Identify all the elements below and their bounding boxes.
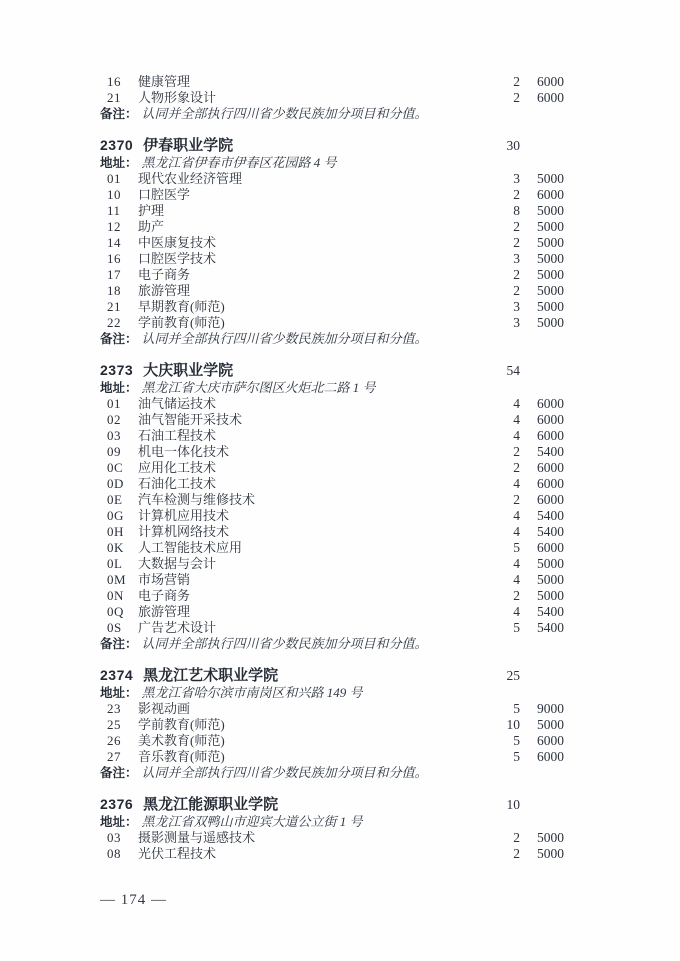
major-code: 0L — [100, 556, 129, 572]
major-name: 汽车检测与维修技术 — [138, 492, 490, 508]
major-row: 0C 应用化工技术 2 6000 — [100, 460, 564, 476]
address-text: 黑龙江省大庆市萨尔图区火炬北二路 1 号 — [142, 380, 376, 395]
major-name: 口腔医学技术 — [138, 251, 490, 267]
major-count: 5 — [490, 701, 520, 717]
major-row: 16 健康管理 2 6000 — [100, 74, 564, 90]
major-name: 人工智能技术应用 — [138, 540, 490, 556]
major-fee: 6000 — [520, 187, 564, 203]
major-count: 5 — [490, 620, 520, 636]
college-section: 2373 大庆职业学院 54 地址：黑龙江省大庆市萨尔图区火炬北二路 1 号 0… — [100, 361, 564, 652]
major-count: 4 — [490, 524, 520, 540]
major-name: 大数据与会计 — [138, 556, 490, 572]
major-code: 16 — [100, 251, 129, 267]
major-name: 护理 — [138, 203, 490, 219]
major-code: 0Q — [100, 604, 129, 620]
major-code: 0M — [100, 572, 129, 588]
major-row: 17 电子商务 2 5000 — [100, 267, 564, 283]
major-fee: 5000 — [520, 315, 564, 331]
section-remark: 备注：认同并全部执行四川省少数民族加分项目和分值。 — [100, 636, 564, 652]
remark-text: 认同并全部执行四川省少数民族加分项目和分值。 — [142, 636, 428, 651]
major-row: 18 旅游管理 2 5000 — [100, 283, 564, 299]
major-fee: 5000 — [520, 299, 564, 315]
major-code: 0E — [100, 492, 129, 508]
major-code: 26 — [100, 733, 129, 749]
major-count: 2 — [490, 187, 520, 203]
major-count: 4 — [490, 476, 520, 492]
major-row: 22 学前教育(师范) 3 5000 — [100, 315, 564, 331]
major-code: 0N — [100, 588, 129, 604]
major-name: 石油化工技术 — [138, 476, 490, 492]
major-count: 2 — [490, 460, 520, 476]
section-remark: 备注：认同并全部执行四川省少数民族加分项目和分值。 — [100, 106, 564, 122]
major-name: 摄影测量与遥感技术 — [138, 830, 490, 846]
major-code: 21 — [100, 299, 129, 315]
major-row: 02 油气智能开采技术 4 6000 — [100, 412, 564, 428]
major-code: 03 — [100, 428, 129, 444]
major-row: 27 音乐教育(师范) 5 6000 — [100, 749, 564, 765]
major-name: 学前教育(师范) — [138, 315, 490, 331]
section-code: 2376 — [100, 795, 133, 814]
major-fee: 6000 — [520, 396, 564, 412]
major-fee: 5400 — [520, 508, 564, 524]
major-fee: 6000 — [520, 412, 564, 428]
section-remark: 备注：认同并全部执行四川省少数民族加分项目和分值。 — [100, 765, 564, 781]
section-remark: 备注：认同并全部执行四川省少数民族加分项目和分值。 — [100, 331, 564, 347]
major-row: 03 石油工程技术 4 6000 — [100, 428, 564, 444]
section-quota: 54 — [486, 361, 520, 380]
major-fee: 5000 — [520, 171, 564, 187]
major-fee: 6000 — [520, 74, 564, 90]
section-name: 黑龙江能源职业学院 — [143, 795, 278, 814]
major-count: 2 — [490, 74, 520, 90]
major-name: 早期教育(师范) — [138, 299, 490, 315]
major-name: 旅游管理 — [138, 283, 490, 299]
remark-label: 备注： — [100, 766, 138, 780]
major-fee: 9000 — [520, 701, 564, 717]
major-code: 16 — [100, 74, 129, 90]
section-header: 2370 伊春职业学院 30 — [100, 136, 564, 155]
major-count: 3 — [490, 299, 520, 315]
major-count: 2 — [490, 283, 520, 299]
major-code: 22 — [100, 315, 129, 331]
major-fee: 5400 — [520, 620, 564, 636]
major-name: 音乐教育(师范) — [138, 749, 490, 765]
major-code: 17 — [100, 267, 129, 283]
major-row: 21 早期教育(师范) 3 5000 — [100, 299, 564, 315]
major-code: 0C — [100, 460, 129, 476]
major-row: 0G 计算机应用技术 4 5400 — [100, 508, 564, 524]
major-count: 2 — [490, 90, 520, 106]
major-row: 26 美术教育(师范) 5 6000 — [100, 733, 564, 749]
major-row: 25 学前教育(师范) 10 5000 — [100, 717, 564, 733]
major-fee: 5000 — [520, 203, 564, 219]
major-row: 01 现代农业经济管理 3 5000 — [100, 171, 564, 187]
major-code: 21 — [100, 90, 129, 106]
section-rows: 01 油气储运技术 4 6000 02 油气智能开采技术 4 6000 03 石… — [100, 396, 564, 636]
section-name: 黑龙江艺术职业学院 — [143, 666, 278, 685]
major-row: 0L 大数据与会计 4 5000 — [100, 556, 564, 572]
major-fee: 5000 — [520, 283, 564, 299]
major-name: 助产 — [138, 219, 490, 235]
section-rows: 03 摄影测量与遥感技术 2 5000 08 光伏工程技术 2 5000 — [100, 830, 564, 862]
major-code: 18 — [100, 283, 129, 299]
section-code: 2373 — [100, 361, 133, 380]
major-fee: 5000 — [520, 830, 564, 846]
major-count: 2 — [490, 830, 520, 846]
major-name: 机电一体化技术 — [138, 444, 490, 460]
major-fee: 5000 — [520, 251, 564, 267]
major-row: 0M 市场营销 4 5000 — [100, 572, 564, 588]
major-code: 01 — [100, 396, 129, 412]
major-fee: 6000 — [520, 733, 564, 749]
section-header: 2373 大庆职业学院 54 — [100, 361, 564, 380]
remark-text: 认同并全部执行四川省少数民族加分项目和分值。 — [142, 765, 428, 780]
section-address: 地址：黑龙江省双鸭山市迎宾大道公立街 1 号 — [100, 814, 564, 830]
section-name: 大庆职业学院 — [143, 361, 233, 380]
major-row: 0E 汽车检测与维修技术 2 6000 — [100, 492, 564, 508]
major-fee: 6000 — [520, 540, 564, 556]
major-fee: 5400 — [520, 604, 564, 620]
major-count: 2 — [490, 846, 520, 862]
major-code: 25 — [100, 717, 129, 733]
address-label: 地址： — [100, 381, 138, 395]
section-rows: 16 健康管理 2 6000 21 人物形象设计 2 6000 — [100, 74, 564, 106]
major-fee: 5000 — [520, 556, 564, 572]
major-row: 0D 石油化工技术 4 6000 — [100, 476, 564, 492]
major-count: 5 — [490, 733, 520, 749]
major-name: 人物形象设计 — [138, 90, 490, 106]
major-name: 光伏工程技术 — [138, 846, 490, 862]
major-name: 应用化工技术 — [138, 460, 490, 476]
major-fee: 6000 — [520, 428, 564, 444]
major-code: 10 — [100, 187, 129, 203]
major-row: 10 口腔医学 2 6000 — [100, 187, 564, 203]
major-fee: 6000 — [520, 492, 564, 508]
major-fee: 5000 — [520, 267, 564, 283]
major-count: 2 — [490, 219, 520, 235]
major-code: 03 — [100, 830, 129, 846]
major-row: 12 助产 2 5000 — [100, 219, 564, 235]
remark-label: 备注： — [100, 332, 138, 346]
address-label: 地址： — [100, 686, 138, 700]
major-count: 2 — [490, 235, 520, 251]
page-number: — 174 — — [100, 892, 167, 909]
major-code: 0H — [100, 524, 129, 540]
major-row: 16 口腔医学技术 3 5000 — [100, 251, 564, 267]
major-name: 油气储运技术 — [138, 396, 490, 412]
address-label: 地址： — [100, 156, 138, 170]
major-code: 0D — [100, 476, 129, 492]
major-count: 2 — [490, 444, 520, 460]
major-fee: 5400 — [520, 524, 564, 540]
major-count: 4 — [490, 428, 520, 444]
major-code: 09 — [100, 444, 129, 460]
major-name: 油气智能开采技术 — [138, 412, 490, 428]
major-count: 4 — [490, 412, 520, 428]
major-count: 2 — [490, 492, 520, 508]
major-fee: 5400 — [520, 444, 564, 460]
major-name: 现代农业经济管理 — [138, 171, 490, 187]
major-count: 4 — [490, 572, 520, 588]
major-code: 12 — [100, 219, 129, 235]
remark-label: 备注： — [100, 107, 138, 121]
major-count: 2 — [490, 267, 520, 283]
section-address: 地址：黑龙江省伊春市伊春区花园路 4 号 — [100, 155, 564, 171]
major-row: 03 摄影测量与遥感技术 2 5000 — [100, 830, 564, 846]
major-code: 11 — [100, 203, 129, 219]
major-row: 0S 广告艺术设计 5 5400 — [100, 620, 564, 636]
major-code: 14 — [100, 235, 129, 251]
major-name: 影视动画 — [138, 701, 490, 717]
section-rows: 01 现代农业经济管理 3 5000 10 口腔医学 2 6000 11 护理 … — [100, 171, 564, 331]
college-section: 2370 伊春职业学院 30 地址：黑龙江省伊春市伊春区花园路 4 号 01 现… — [100, 136, 564, 347]
major-fee: 5000 — [520, 219, 564, 235]
major-name: 计算机应用技术 — [138, 508, 490, 524]
document-page: 16 健康管理 2 6000 21 人物形象设计 2 6000 备注：认同并全部… — [0, 0, 680, 961]
major-count: 4 — [490, 508, 520, 524]
address-text: 黑龙江省哈尔滨市南岗区和兴路 149 号 — [142, 685, 363, 700]
college-section: 16 健康管理 2 6000 21 人物形象设计 2 6000 备注：认同并全部… — [100, 74, 564, 122]
major-fee: 6000 — [520, 476, 564, 492]
section-name: 伊春职业学院 — [143, 136, 233, 155]
major-code: 01 — [100, 171, 129, 187]
section-address: 地址：黑龙江省哈尔滨市南岗区和兴路 149 号 — [100, 685, 564, 701]
major-row: 0Q 旅游管理 4 5400 — [100, 604, 564, 620]
major-count: 2 — [490, 588, 520, 604]
section-quota: 30 — [486, 136, 520, 155]
major-count: 10 — [490, 717, 520, 733]
major-fee: 5000 — [520, 717, 564, 733]
major-count: 4 — [490, 556, 520, 572]
major-count: 5 — [490, 749, 520, 765]
major-name: 市场营销 — [138, 572, 490, 588]
major-count: 8 — [490, 203, 520, 219]
section-rows: 23 影视动画 5 9000 25 学前教育(师范) 10 5000 26 美术… — [100, 701, 564, 765]
major-name: 旅游管理 — [138, 604, 490, 620]
section-address: 地址：黑龙江省大庆市萨尔图区火炬北二路 1 号 — [100, 380, 564, 396]
major-count: 3 — [490, 315, 520, 331]
major-row: 0N 电子商务 2 5000 — [100, 588, 564, 604]
major-name: 美术教育(师范) — [138, 733, 490, 749]
major-row: 11 护理 8 5000 — [100, 203, 564, 219]
address-text: 黑龙江省双鸭山市迎宾大道公立街 1 号 — [142, 814, 363, 829]
major-name: 电子商务 — [138, 588, 490, 604]
remark-text: 认同并全部执行四川省少数民族加分项目和分值。 — [142, 331, 428, 346]
major-name: 广告艺术设计 — [138, 620, 490, 636]
major-code: 27 — [100, 749, 129, 765]
major-fee: 5000 — [520, 588, 564, 604]
address-label: 地址： — [100, 815, 138, 829]
major-fee: 5000 — [520, 846, 564, 862]
remark-text: 认同并全部执行四川省少数民族加分项目和分值。 — [142, 106, 428, 121]
major-fee: 6000 — [520, 90, 564, 106]
college-section: 2376 黑龙江能源职业学院 10 地址：黑龙江省双鸭山市迎宾大道公立街 1 号… — [100, 795, 564, 862]
document-content: 16 健康管理 2 6000 21 人物形象设计 2 6000 备注：认同并全部… — [100, 74, 564, 862]
major-fee: 6000 — [520, 460, 564, 476]
major-row: 23 影视动画 5 9000 — [100, 701, 564, 717]
major-name: 中医康复技术 — [138, 235, 490, 251]
major-name: 计算机网络技术 — [138, 524, 490, 540]
major-fee: 5000 — [520, 572, 564, 588]
major-name: 口腔医学 — [138, 187, 490, 203]
address-text: 黑龙江省伊春市伊春区花园路 4 号 — [142, 155, 337, 170]
major-fee: 6000 — [520, 749, 564, 765]
major-name: 电子商务 — [138, 267, 490, 283]
major-count: 3 — [490, 251, 520, 267]
major-count: 5 — [490, 540, 520, 556]
major-row: 21 人物形象设计 2 6000 — [100, 90, 564, 106]
major-name: 石油工程技术 — [138, 428, 490, 444]
section-header: 2374 黑龙江艺术职业学院 25 — [100, 666, 564, 685]
major-code: 0G — [100, 508, 129, 524]
major-fee: 5000 — [520, 235, 564, 251]
major-name: 学前教育(师范) — [138, 717, 490, 733]
section-quota: 25 — [486, 666, 520, 685]
section-quota: 10 — [486, 795, 520, 814]
major-row: 14 中医康复技术 2 5000 — [100, 235, 564, 251]
major-code: 23 — [100, 701, 129, 717]
major-count: 3 — [490, 171, 520, 187]
major-name: 健康管理 — [138, 74, 490, 90]
major-row: 08 光伏工程技术 2 5000 — [100, 846, 564, 862]
major-count: 4 — [490, 604, 520, 620]
remark-label: 备注： — [100, 637, 138, 651]
major-count: 4 — [490, 396, 520, 412]
major-code: 0K — [100, 540, 129, 556]
major-code: 08 — [100, 846, 129, 862]
section-code: 2370 — [100, 136, 133, 155]
major-row: 0K 人工智能技术应用 5 6000 — [100, 540, 564, 556]
section-code: 2374 — [100, 666, 133, 685]
major-row: 01 油气储运技术 4 6000 — [100, 396, 564, 412]
major-row: 0H 计算机网络技术 4 5400 — [100, 524, 564, 540]
major-code: 02 — [100, 412, 129, 428]
section-header: 2376 黑龙江能源职业学院 10 — [100, 795, 564, 814]
major-row: 09 机电一体化技术 2 5400 — [100, 444, 564, 460]
college-section: 2374 黑龙江艺术职业学院 25 地址：黑龙江省哈尔滨市南岗区和兴路 149 … — [100, 666, 564, 781]
major-code: 0S — [100, 620, 129, 636]
